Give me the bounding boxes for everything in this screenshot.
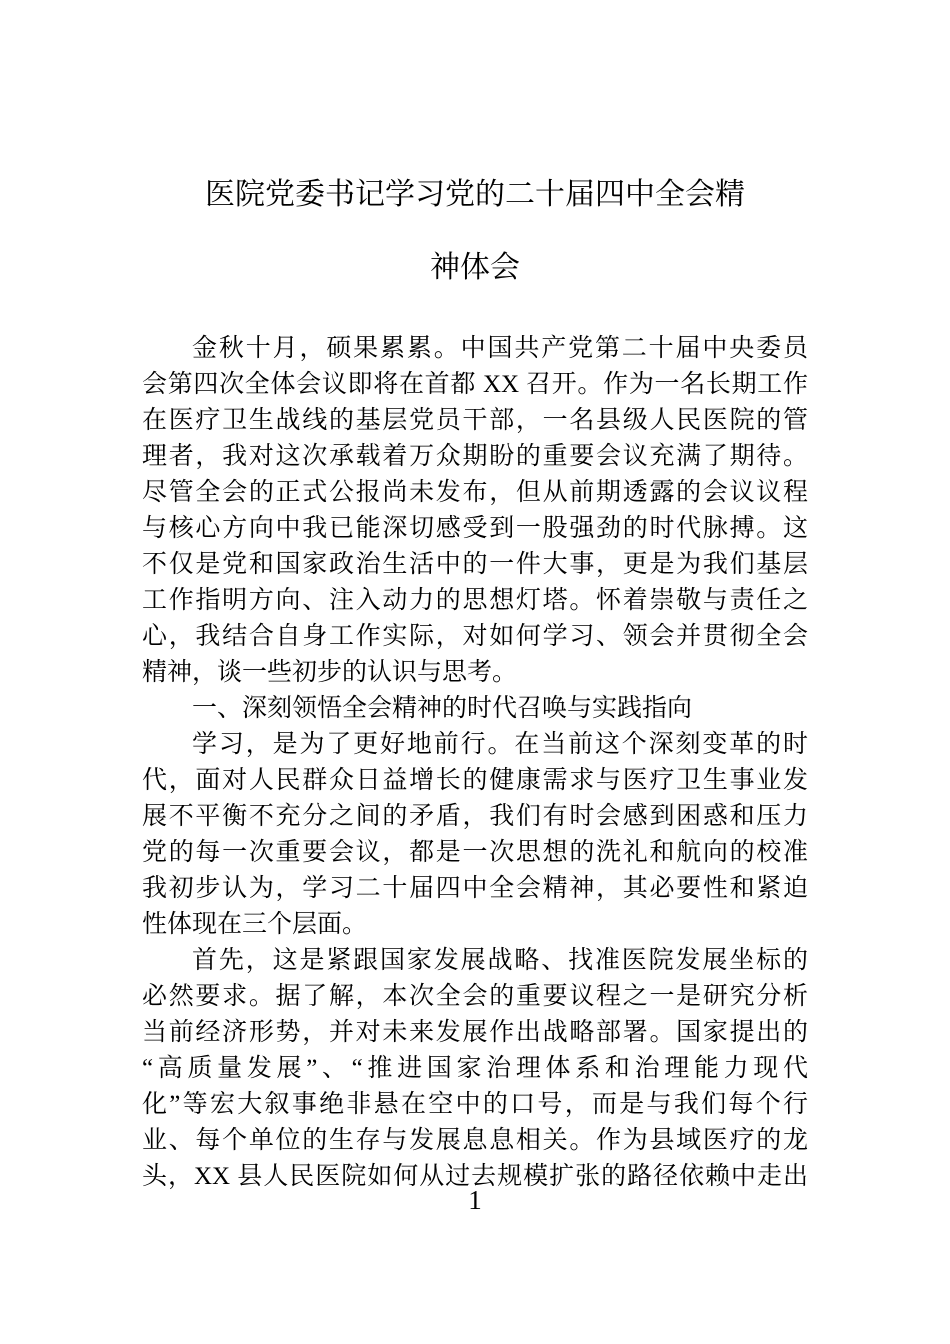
body-text-line: 心，我结合自身工作实际，对如何学习、领会并贯彻全会 bbox=[142, 619, 808, 655]
body-text-line: 当前经济形势，并对未来发展作出战略部署。国家提出的 bbox=[142, 1015, 808, 1051]
body-text-line: 会第四次全体会议即将在首都 XX 召开。作为一名长期工作 bbox=[142, 367, 808, 403]
body-text-line: “高质量发展”、“推进国家治理体系和治理能力现代 bbox=[142, 1051, 808, 1087]
body-text-line: 尽管全会的正式公报尚未发布，但从前期透露的会议议程 bbox=[142, 475, 808, 511]
body-text-line: 工作指明方向、注入动力的思想灯塔。怀着崇敬与责任之 bbox=[142, 583, 808, 619]
section-heading-line: 一、深刻领悟全会精神的时代召唤与实践指向 bbox=[142, 691, 808, 727]
body-text-line: 首先，这是紧跟国家发展战略、找准医院发展坐标的 bbox=[142, 943, 808, 979]
body-text-line: 代，面对人民群众日益增长的健康需求与医疗卫生事业发 bbox=[142, 763, 808, 799]
body-text-line: 精神，谈一些初步的认识与思考。 bbox=[142, 655, 808, 691]
document-title-line-1: 医院党委书记学习党的二十届四中全会精 bbox=[142, 158, 808, 231]
body-text-line: 业、每个单位的生存与发展息息相关。作为县域医疗的龙 bbox=[142, 1123, 808, 1159]
document-page: 医院党委书记学习党的二十届四中全会精 神体会 金秋十月，硕果累累。中国共产党第二… bbox=[0, 0, 950, 1344]
document-title-line-2: 神体会 bbox=[142, 231, 808, 304]
body-text-line: 与核心方向中我已能深切感受到一股强劲的时代脉搏。这 bbox=[142, 511, 808, 547]
document-title: 医院党委书记学习党的二十届四中全会精 神体会 bbox=[142, 158, 808, 304]
body-text-line: 必然要求。据了解，本次全会的重要议程之一是研究分析 bbox=[142, 979, 808, 1015]
body-text-line: 金秋十月，硕果累累。中国共产党第二十届中央委员 bbox=[142, 331, 808, 367]
body-text-line: 化”等宏大叙事绝非悬在空中的口号，而是与我们每个行 bbox=[142, 1087, 808, 1123]
body-text-line: 党的每一次重要会议，都是一次思想的洗礼和航向的校准 bbox=[142, 835, 808, 871]
body-text-line: 性体现在三个层面。 bbox=[142, 907, 808, 943]
body-text-line: 学习，是为了更好地前行。在当前这个深刻变革的时 bbox=[142, 727, 808, 763]
body-text-line: 理者，我对这次承载着万众期盼的重要会议充满了期待。 bbox=[142, 439, 808, 475]
document-body: 金秋十月，硕果累累。中国共产党第二十届中央委员会第四次全体会议即将在首都 XX … bbox=[142, 331, 808, 1195]
page-number: 1 bbox=[142, 1186, 808, 1214]
body-text-line: 在医疗卫生战线的基层党员干部，一名县级人民医院的管 bbox=[142, 403, 808, 439]
body-text-line: 不仅是党和国家政治生活中的一件大事，更是为我们基层 bbox=[142, 547, 808, 583]
body-text-line: 我初步认为，学习二十届四中全会精神，其必要性和紧迫 bbox=[142, 871, 808, 907]
body-text-line: 展不平衡不充分之间的矛盾，我们有时会感到困惑和压力 bbox=[142, 799, 808, 835]
